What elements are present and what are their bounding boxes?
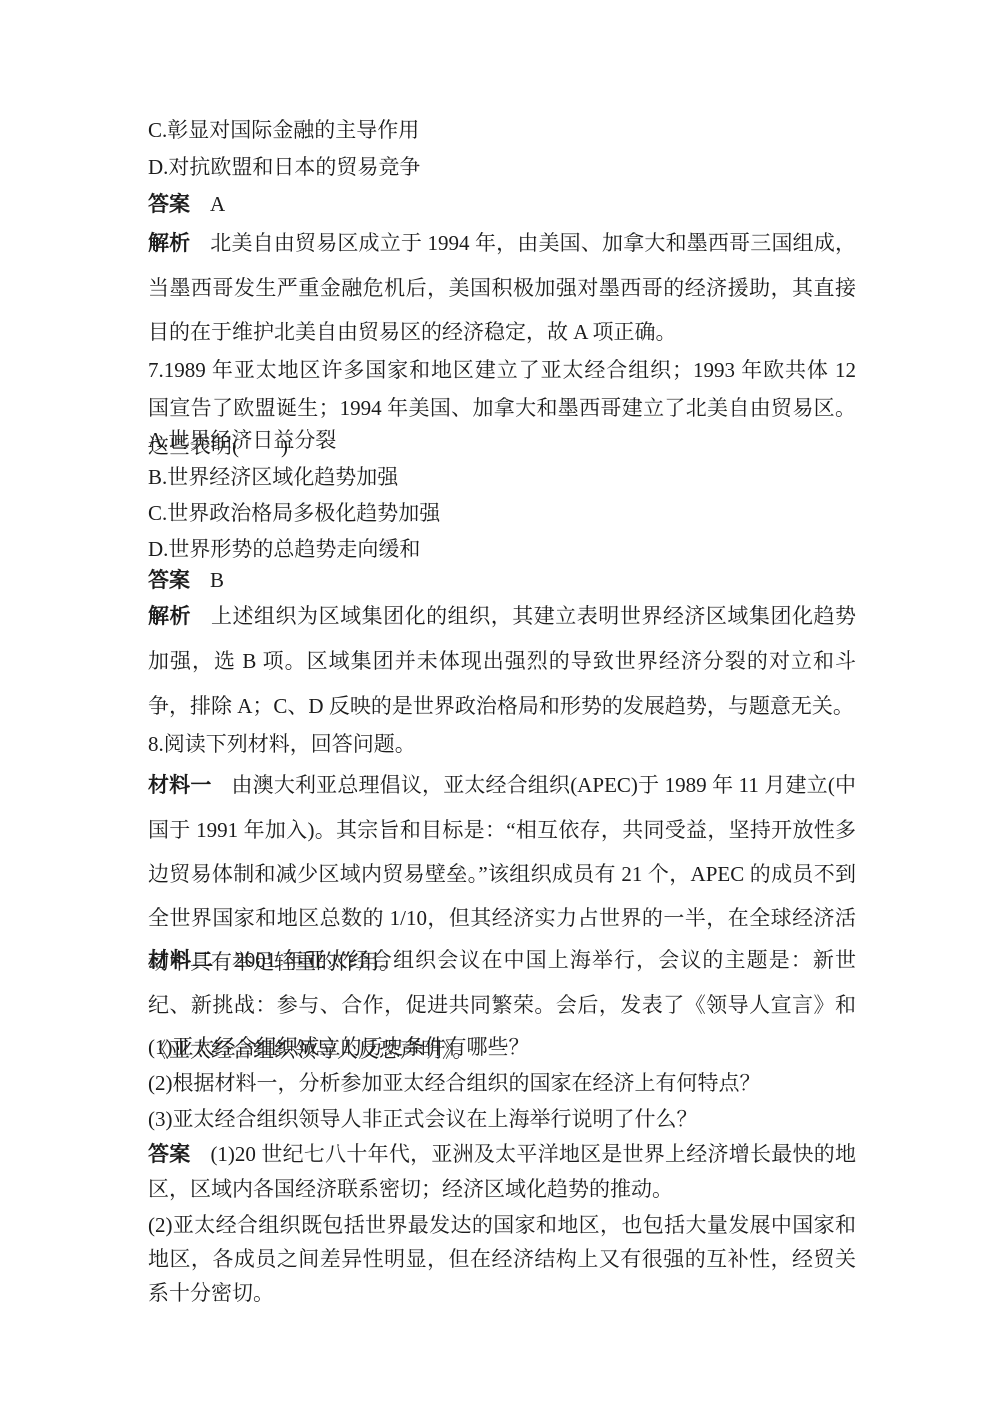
q8-stem: 8.阅读下列材料，回答问题。 (148, 725, 856, 763)
q8-subquestion-2: (2)根据材料一，分析参加亚太经合组织的国家在经济上有何特点？ (148, 1065, 856, 1101)
q7-option-b: B.世界经济区域化趋势加强 (148, 458, 856, 496)
q7-analysis-text: 上述组织为区域集团化的组织，其建立表明世界经济区域集团化趋势加强，选 B 项。区… (148, 604, 856, 718)
q6-analysis: 解析北美自由贸易区成立于 1994 年，由美国、加拿大和墨西哥三国组成，当墨西哥… (148, 221, 856, 354)
q8-answer-part-2: (2)亚太经合组织既包括世界最发达的国家和地区，也包括大量发展中国家和地区，各成… (148, 1208, 856, 1310)
q7-option-c: C.世界政治格局多极化趋势加强 (148, 494, 856, 532)
q7-option-a: A.世界经济日益分裂 (148, 421, 856, 459)
q6-answer-value: A (210, 192, 225, 216)
q8-material-2-label: 材料二 (148, 949, 214, 972)
q7-answer-value: B (210, 568, 224, 592)
q6-analysis-label: 解析 (148, 232, 190, 255)
q6-analysis-text: 北美自由贸易区成立于 1994 年，由美国、加拿大和墨西哥三国组成，当墨西哥发生… (148, 231, 856, 344)
worksheet-page: C.彰显对国际金融的主导作用 D.对抗欧盟和日本的贸易竞争 答案A 解析北美自由… (0, 0, 1000, 1414)
q7-analysis: 解析上述组织为区域集团化的组织，其建立表明世界经济区域集团化趋势加强，选 B 项… (148, 594, 856, 729)
q6-option-d: D.对抗欧盟和日本的贸易竞争 (148, 148, 856, 186)
q8-subquestion-1: (1)亚太经合组织成立的历史条件有哪些？ (148, 1029, 856, 1065)
q7-answer-label: 答案 (148, 569, 190, 592)
q8-answer-label: 答案 (148, 1143, 191, 1166)
q8-subquestion-3: (3)亚太经合组织领导人非正式会议在上海举行说明了什么？ (148, 1101, 856, 1137)
q8-material-1-label: 材料一 (148, 774, 212, 797)
q6-answer-label: 答案 (148, 193, 190, 216)
q8-answer-part-1: 答案(1)20 世纪七八十年代，亚洲及太平洋地区是世界上经济增长最快的地区，区域… (148, 1137, 856, 1207)
q7-analysis-label: 解析 (148, 605, 191, 628)
q8-answer-part-1-text: (1)20 世纪七八十年代，亚洲及太平洋地区是世界上经济增长最快的地区，区域内各… (148, 1142, 856, 1201)
q6-answer-line: 答案A (148, 185, 856, 224)
q6-option-c: C.彰显对国际金融的主导作用 (148, 111, 856, 149)
